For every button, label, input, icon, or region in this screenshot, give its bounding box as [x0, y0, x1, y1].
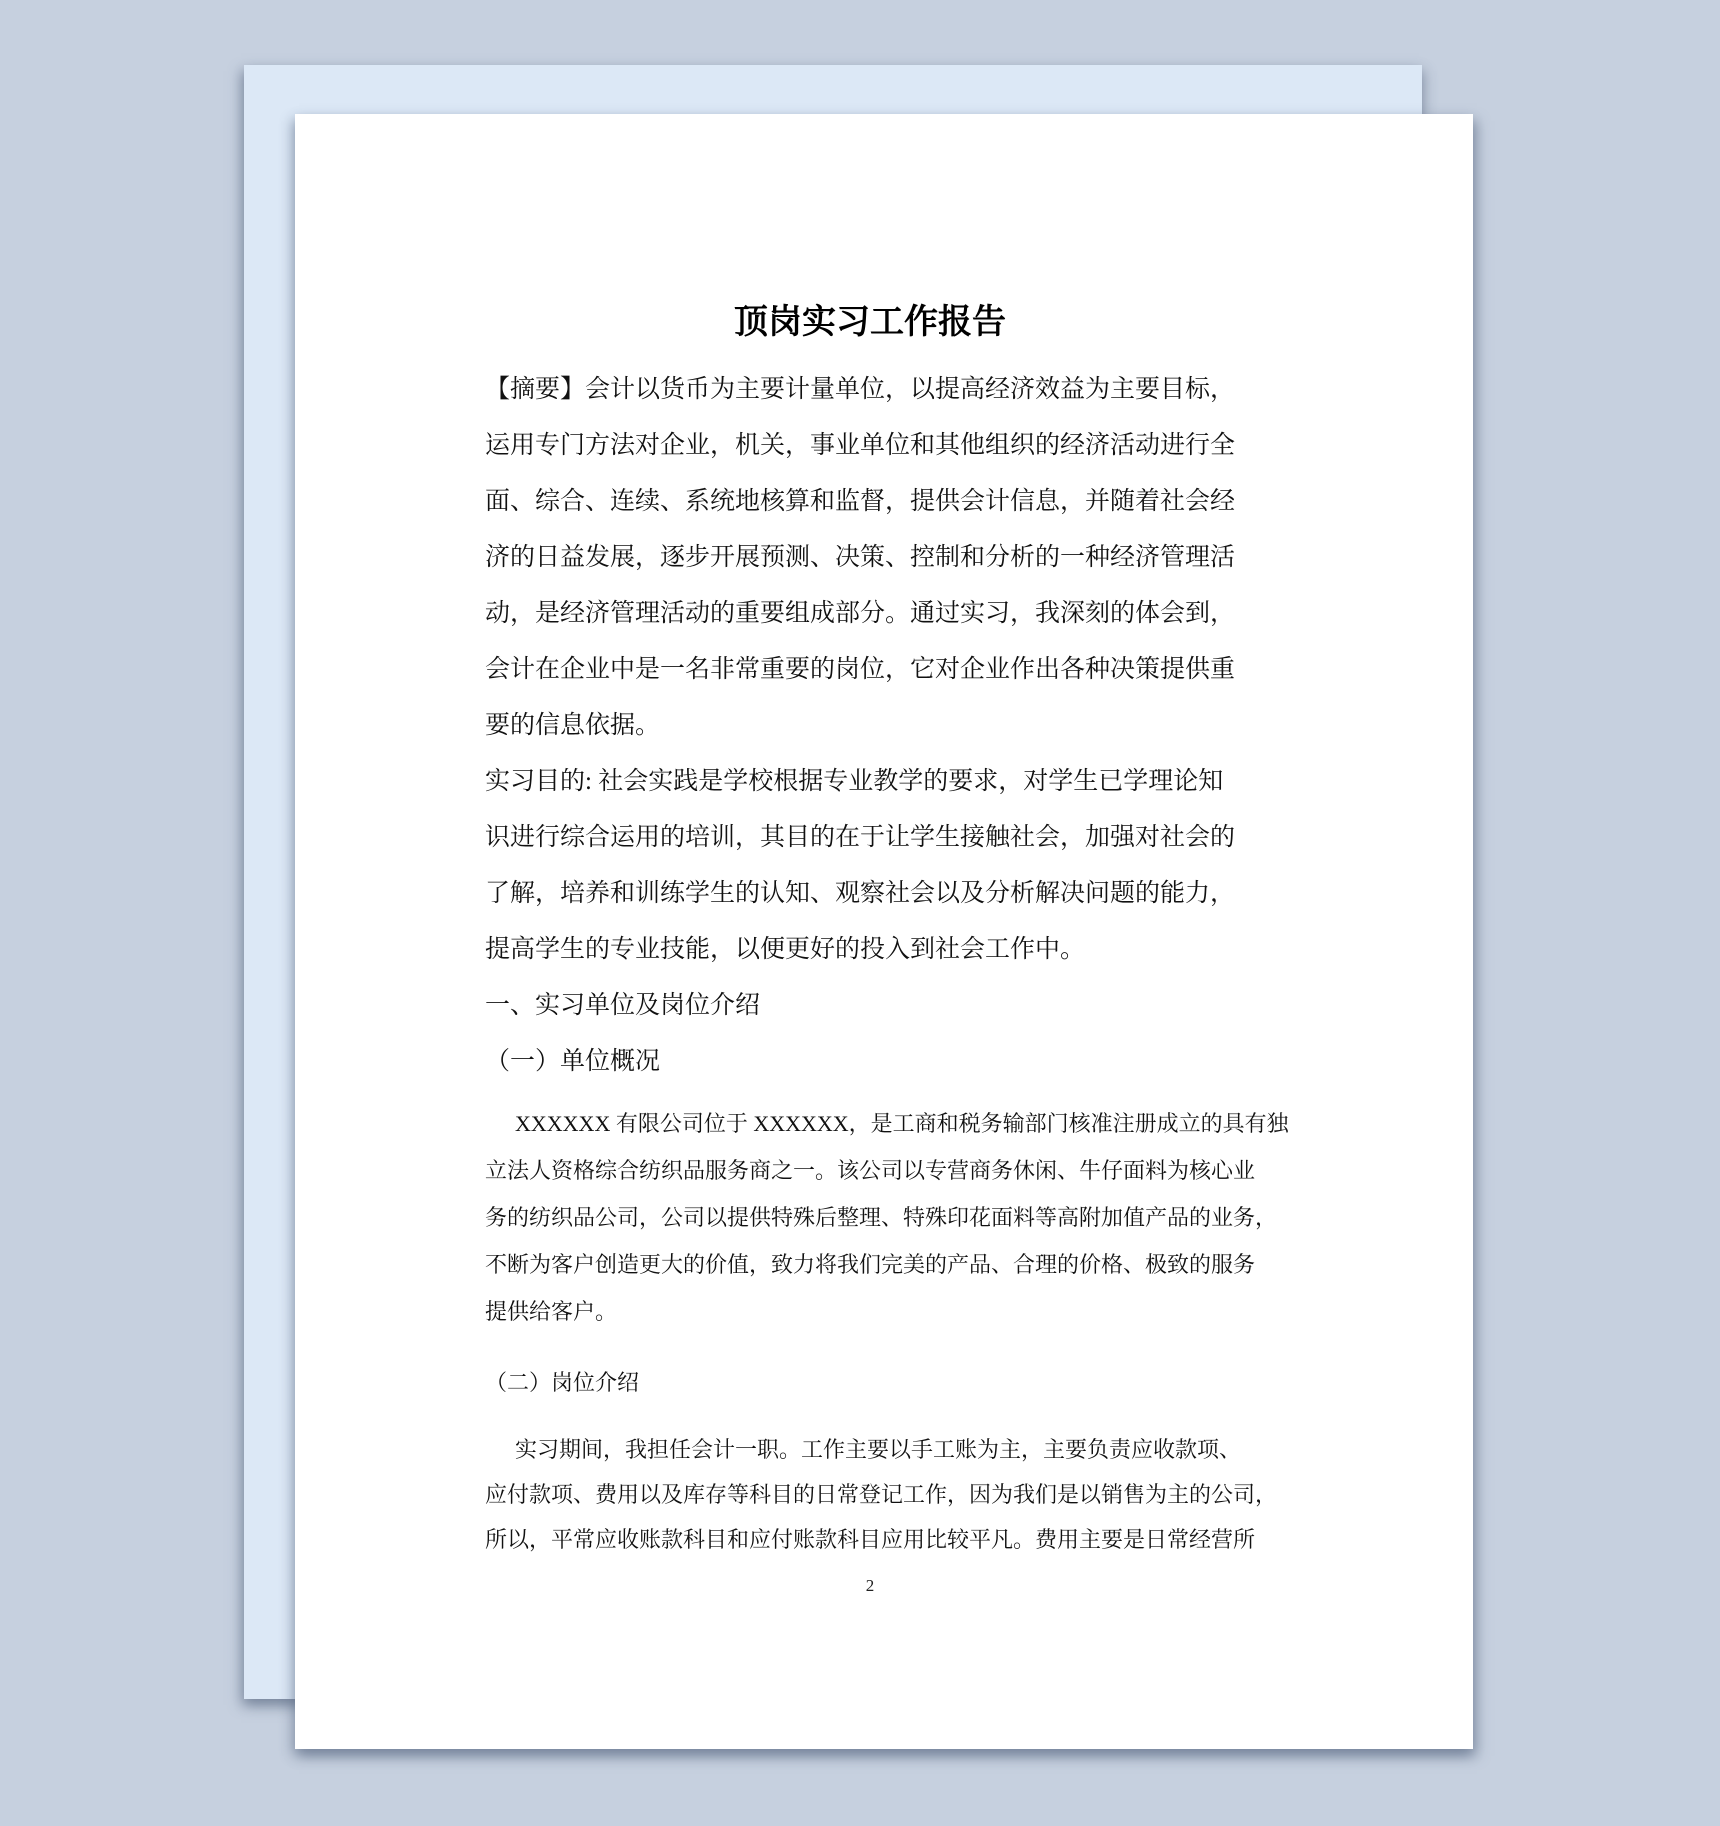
text-line: 了解，培养和训练学生的认知、观察社会以及分析解决问题的能力，: [485, 866, 1110, 922]
text-line: 所以，平常应收账款科目和应付账款科目应用比较平凡。费用主要是日常经营所: [485, 1517, 1255, 1562]
text-line: 提高学生的专业技能，以便更好的投入到社会工作中。: [485, 922, 1110, 978]
text-line: 不断为客户创造更大的价值，致力将我们完美的产品、合理的价格、极致的服务: [485, 1241, 1255, 1288]
text-line: 【摘要】会计以货币为主要计量单位，以提高经济效益为主要目标，: [485, 362, 1110, 418]
desk-background: 顶岗实习工作报告 【摘要】会计以货币为主要计量单位，以提高经济效益为主要目标，运…: [0, 0, 1720, 1826]
document-title: 顶岗实习工作报告: [485, 300, 1255, 344]
text-line: 面、综合、连续、系统地核算和监督，提供会计信息，并随着社会经: [485, 474, 1110, 530]
job-description-paragraph: 实习期间，我担任会计一职。工作主要以手工账为主，主要负责应收款项、应付款项、费用…: [485, 1427, 1255, 1562]
company-overview-paragraph: XXXXXX 有限公司位于 XXXXXX，是工商和税务输部门核准注册成立的具有独…: [485, 1100, 1255, 1335]
text-line: 立法人资格综合纺织品服务商之一。该公司以专营商务休闲、牛仔面料为核心业: [485, 1147, 1255, 1194]
text-line: 会计在企业中是一名非常重要的岗位，它对企业作出各种决策提供重: [485, 642, 1110, 698]
text-line: 济的日益发展，逐步开展预测、决策、控制和分析的一种经济管理活: [485, 530, 1110, 586]
text-line: 务的纺织品公司，公司以提供特殊后整理、特殊印花面料等高附加值产品的业务，: [485, 1194, 1255, 1241]
text-line: 提供给客户。: [485, 1288, 1255, 1335]
text-line: 运用专门方法对企业，机关，事业单位和其他组织的经济活动进行全: [485, 418, 1110, 474]
page-content: 顶岗实习工作报告 【摘要】会计以货币为主要计量单位，以提高经济效益为主要目标，运…: [485, 114, 1255, 1598]
text-line: 识进行综合运用的培训，其目的在于让学生接触社会，加强对社会的: [485, 810, 1110, 866]
abstract-paragraph: 【摘要】会计以货币为主要计量单位，以提高经济效益为主要目标，运用专门方法对企业，…: [485, 362, 1110, 754]
subsection-2-heading: （二）岗位介绍: [485, 1359, 1255, 1406]
text-line: XXXXXX 有限公司位于 XXXXXX，是工商和税务输部门核准注册成立的具有独: [485, 1100, 1255, 1147]
page-number: 2: [485, 1574, 1255, 1598]
section-1-heading: 一、实习单位及岗位介绍: [485, 978, 1255, 1034]
subsection-1-heading: （一）单位概况: [485, 1034, 1255, 1090]
text-line: 实习期间，我担任会计一职。工作主要以手工账为主，主要负责应收款项、: [485, 1427, 1255, 1472]
text-line: 动，是经济管理活动的重要组成部分。通过实习，我深刻的体会到，: [485, 586, 1110, 642]
text-line: 实习目的: 社会实践是学校根据专业教学的要求，对学生已学理论知: [485, 754, 1110, 810]
document-page: 顶岗实习工作报告 【摘要】会计以货币为主要计量单位，以提高经济效益为主要目标，运…: [295, 114, 1473, 1749]
text-line: 应付款项、费用以及库存等科目的日常登记工作，因为我们是以销售为主的公司，: [485, 1472, 1255, 1517]
text-line: 要的信息依据。: [485, 698, 1110, 754]
purpose-paragraph: 实习目的: 社会实践是学校根据专业教学的要求，对学生已学理论知识进行综合运用的培…: [485, 754, 1110, 978]
